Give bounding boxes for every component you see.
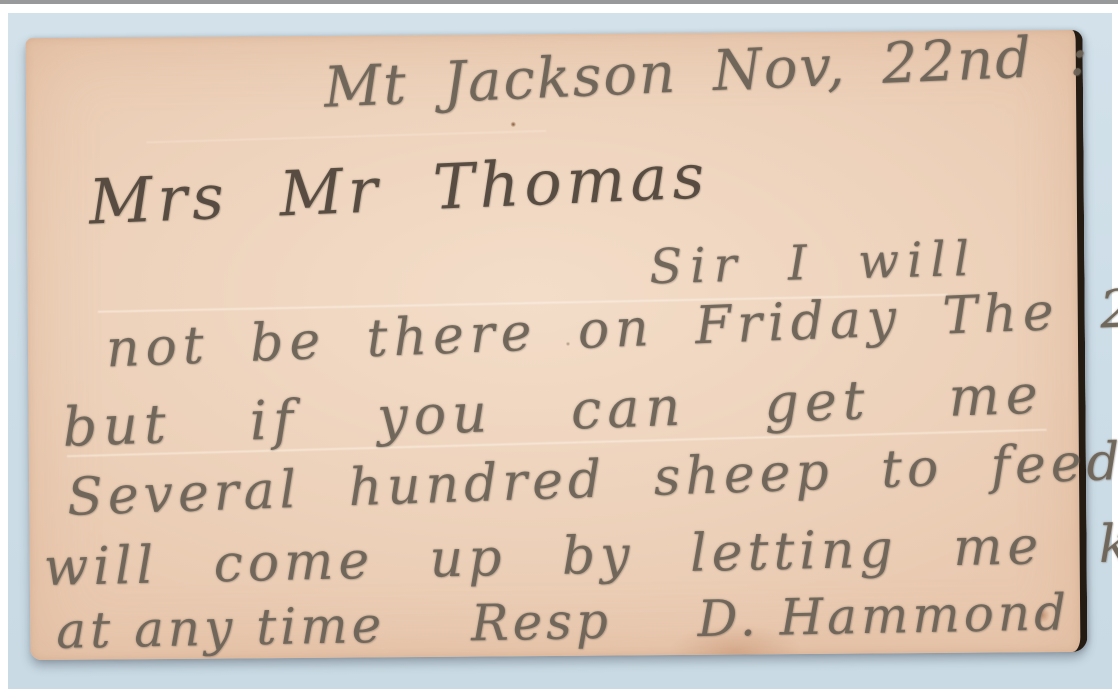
postcard: Mt Jackson Nov, 22nd : Mrs Mr Thomas Sir… <box>26 30 1088 660</box>
handwriting-line-salutation: Mrs Mr Thomas <box>87 139 710 238</box>
handwriting-line-opening: Sir I will <box>649 231 978 295</box>
closing-respectfully: Resp <box>470 592 612 653</box>
scanned-postcard-image: Mt Jackson Nov, 22nd : Mrs Mr Thomas Sir… <box>0 0 1118 700</box>
scanner-top-edge <box>0 0 1118 4</box>
signature: D. Hammond <box>697 583 1071 648</box>
handwriting-line-closing: at any time Resp D. Hammond <box>56 583 1071 660</box>
paper-crease <box>146 130 546 144</box>
handwriting-line-dateline: Mt Jackson Nov, 22nd : <box>323 23 1091 121</box>
closing-phrase: at any time <box>56 596 386 660</box>
